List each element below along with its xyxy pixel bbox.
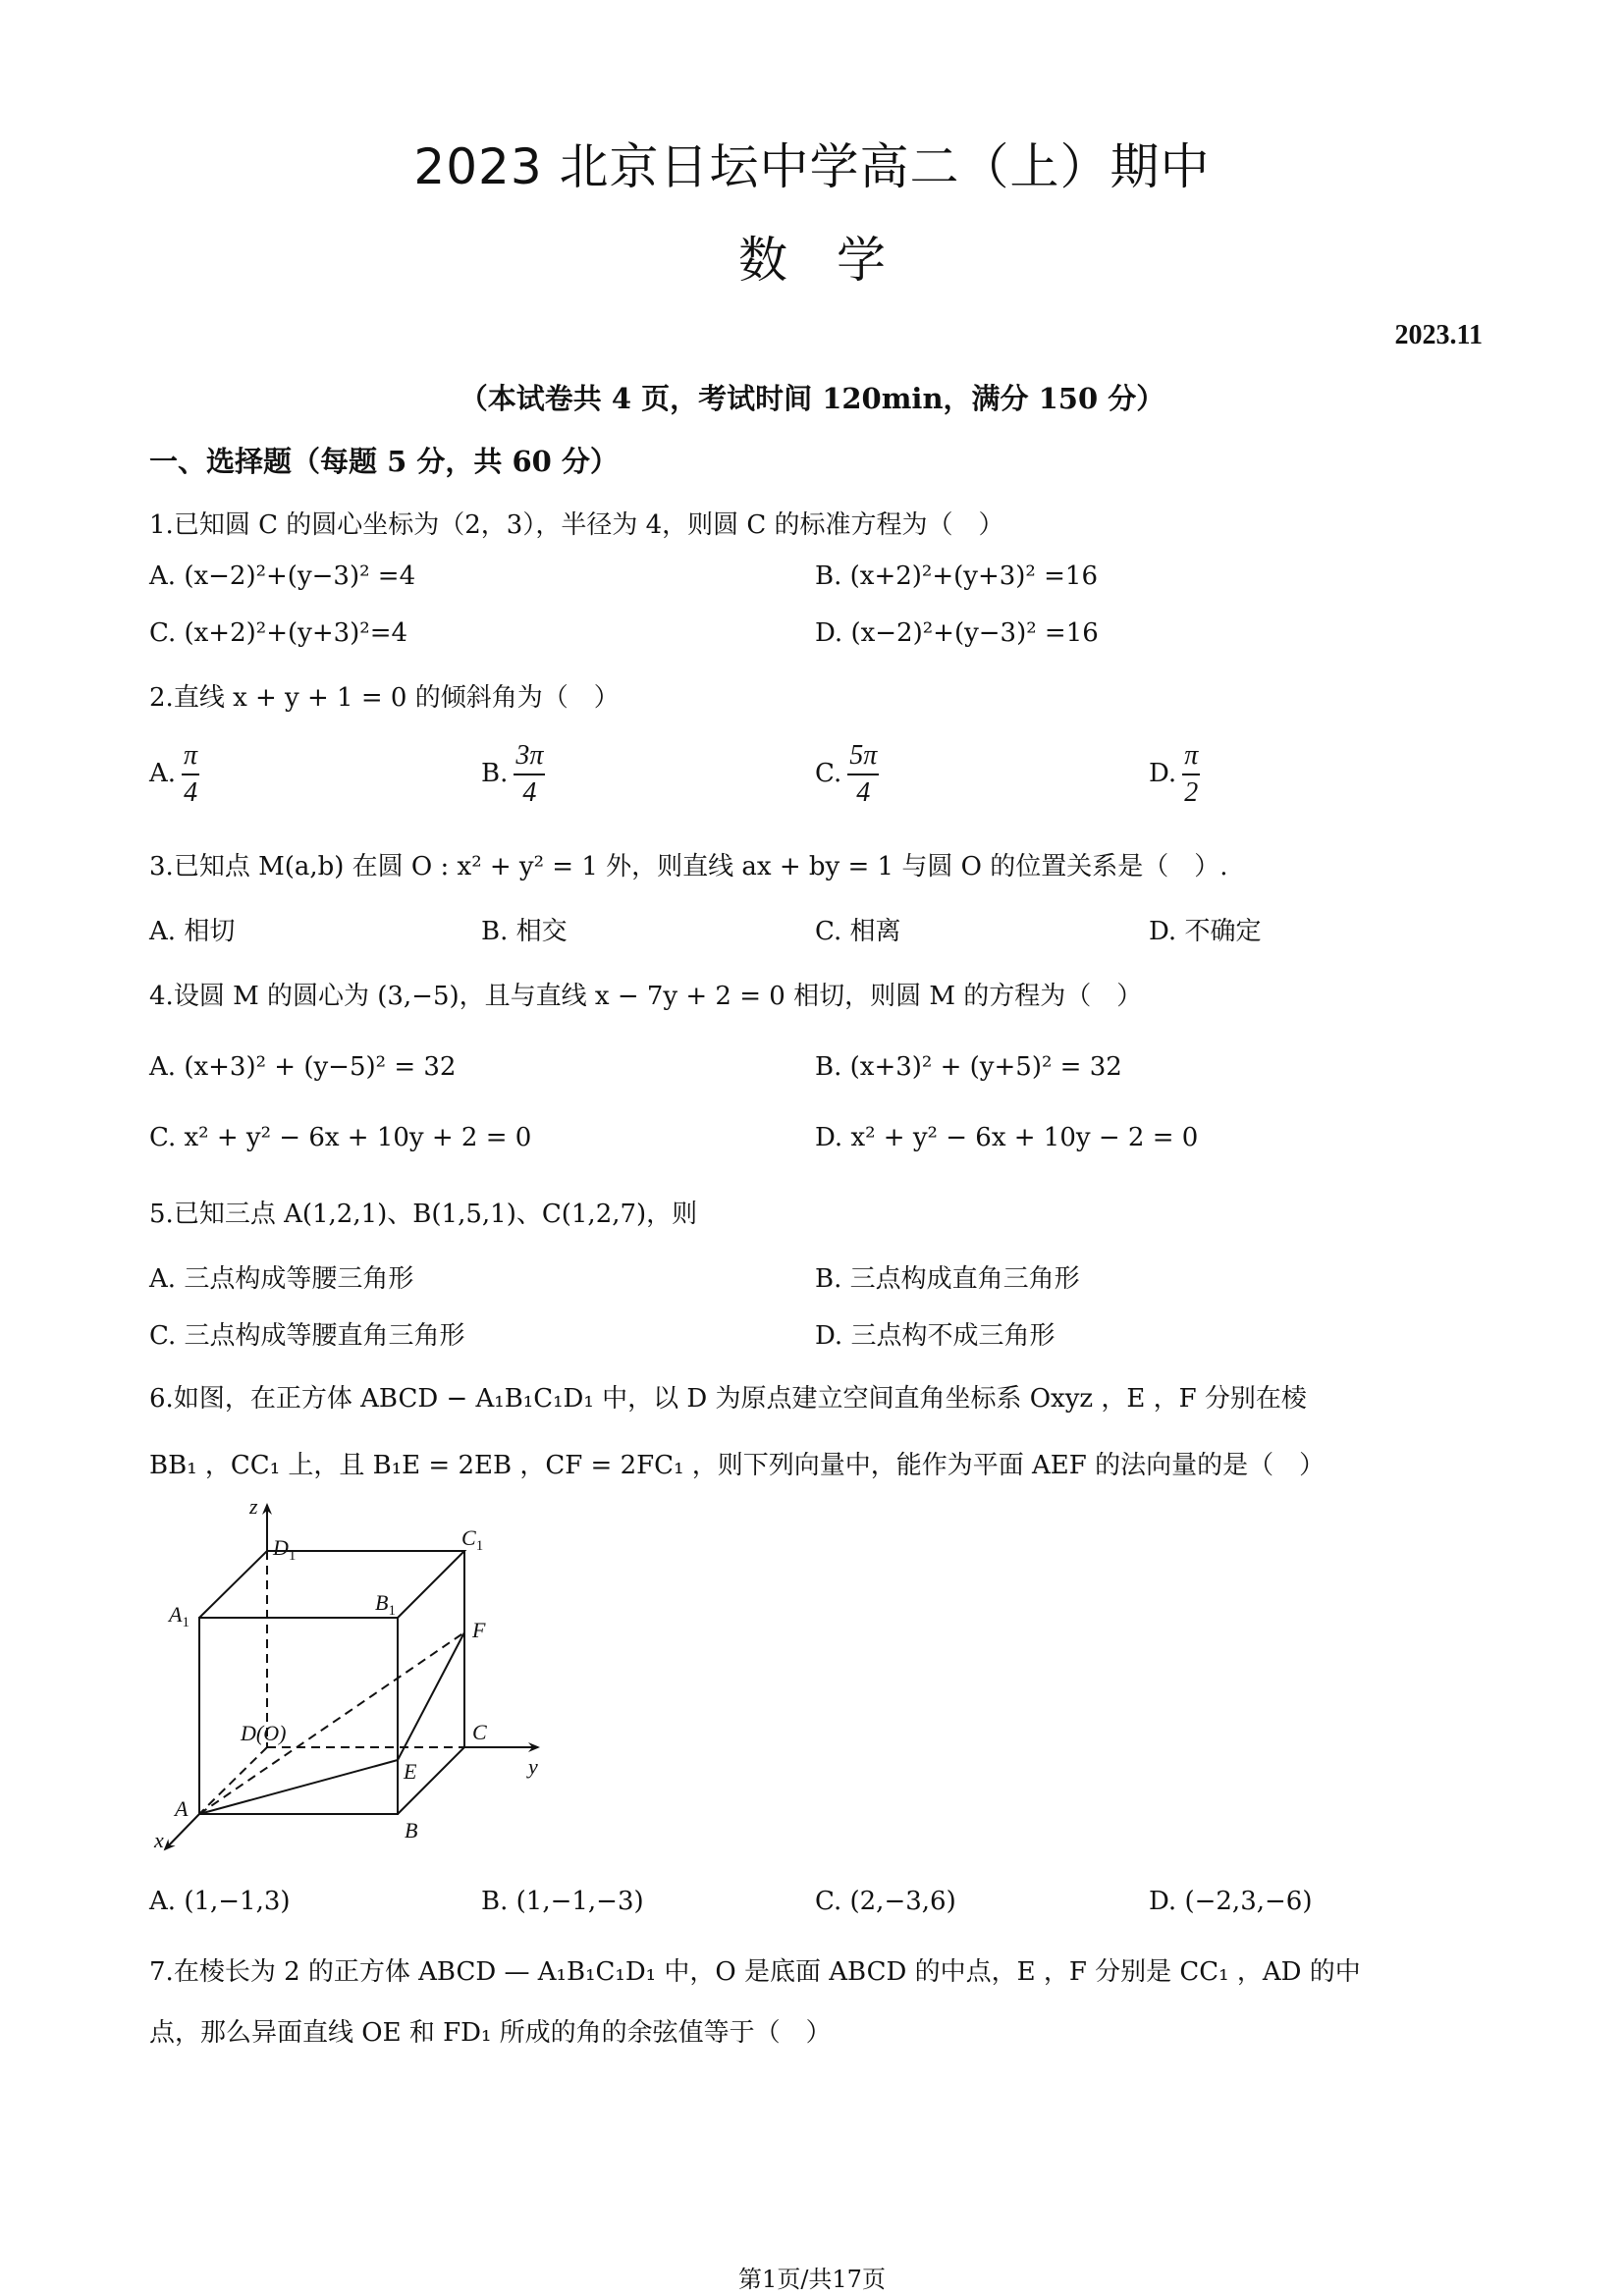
point-label-d1: D1 [272,1535,296,1564]
option-text: x² + y² − 6x + 10y + 2 = 0 [185,1123,532,1152]
option-a: A. (1,−1,3) [149,1887,291,1916]
point-label-c: C [472,1720,487,1744]
fraction: 3π4 [514,738,545,811]
option-label: D. [815,1321,842,1351]
option-d: D. 不确定 [1149,911,1261,947]
option-a: A. (x+3)² + (y−5)² = 32 [149,1052,456,1082]
option-label: D. [815,618,842,648]
option-c: C. 三点构成等腰直角三角形 [149,1315,465,1352]
option-label: C. [815,917,841,946]
question-number: 3. [149,852,174,881]
option-text: (x−2)²+(y−3)² =16 [850,618,1098,648]
option-label: D. [1149,917,1176,946]
option-text: 不确定 [1184,917,1261,946]
option-text: (1,−1,−3) [516,1887,644,1916]
question-7-line-1: 7.在棱长为 2 的正方体 ABCD — A₁B₁C₁D₁ 中，O 是底面 AB… [149,1951,1361,1988]
section-title: 一、选择题（每题 5 分，共 60 分） [149,440,619,480]
point-label-d-origin: D(O) [240,1721,286,1745]
point-label-a1: A1 [167,1602,189,1630]
question-5: 5.已知三点 A(1,2,1)、B(1,5,1)、C(1,2,7)，则 [149,1194,697,1230]
option-text: (x−2)²+(y−3)² =4 [184,561,415,591]
option-text: 三点构不成三角形 [850,1321,1055,1351]
option-label: C. [815,1887,841,1916]
point-label-b1: B1 [375,1590,396,1619]
question-number: 4. [149,982,174,1011]
point-label-a: A [173,1796,189,1821]
option-label: B. [481,917,508,946]
option-a: A.π4 [149,738,199,811]
point-label-b: B [405,1818,417,1842]
option-label: C. [815,759,841,788]
axis-label-y: y [526,1754,538,1779]
option-text: (x+3)² + (y−5)² = 32 [184,1052,456,1082]
denominator: 4 [184,775,197,811]
question-2: 2.直线 x + y + 1 = 0 的倾斜角为（ ） [149,677,620,714]
option-a: A. 相切 [149,911,235,947]
question-number: 2. [149,683,174,713]
denominator: 2 [1184,775,1198,811]
question-stem: 已知三点 A(1,2,1)、B(1,5,1)、C(1,2,7)，则 [174,1200,697,1229]
option-label: C. [149,1321,176,1351]
question-6-line-2: BB₁ ，CC₁ 上，且 B₁E = 2EB ，CF = 2FC₁ ，则下列向量… [149,1445,1325,1481]
option-c: C.5π4 [815,738,879,811]
option-label: D. [1149,759,1176,788]
option-a: A. 三点构成等腰三角形 [149,1258,413,1295]
option-b: B.3π4 [481,738,545,811]
option-label: A. [149,917,176,946]
axis-label-x: x [153,1828,164,1852]
option-c: C. 相离 [815,911,901,947]
subject-title: 数 学 [0,221,1624,292]
option-label: A. [149,561,176,591]
fraction: π4 [182,738,199,811]
option-c: C. (x+2)²+(y+3)²=4 [149,618,407,648]
option-d: D. 三点构不成三角形 [815,1315,1055,1352]
option-text: (x+2)²+(y+3)² =16 [850,561,1098,591]
numerator: π [182,738,199,775]
question-number: 6. [149,1384,174,1414]
exam-title: 2023 北京日坛中学高二（上）期中 [0,128,1624,198]
option-text: x² + y² − 6x + 10y − 2 = 0 [850,1123,1198,1152]
option-d: D.π2 [1149,738,1200,811]
option-label: B. [481,759,508,788]
exam-note: （本试卷共 4 页，考试时间 120min，满分 150 分） [0,377,1624,417]
option-text: 相切 [184,917,235,946]
option-label: A. [149,1264,176,1294]
question-number: 5. [149,1200,174,1229]
option-d: D. (−2,3,−6) [1149,1887,1312,1916]
option-label: A. [149,1052,176,1082]
denominator: 4 [522,775,536,811]
option-text: (2,−3,6) [850,1887,956,1916]
question-7-line-2: 点，那么异面直线 OE 和 FD₁ 所成的角的余弦值等于（ ） [149,2012,832,2049]
front-face [199,1618,398,1814]
option-c: C. x² + y² − 6x + 10y + 2 = 0 [149,1123,531,1152]
point-label-f: F [471,1618,486,1642]
option-label: A. [149,759,176,788]
option-label: B. [815,561,841,591]
question-stem: 设圆 M 的圆心为 (3,−5)，且与直线 x − 7y + 2 = 0 相切，… [174,982,1142,1011]
option-b: B. (x+2)²+(y+3)² =16 [815,561,1098,591]
option-text: 三点构成直角三角形 [850,1264,1080,1294]
option-d: D. (x−2)²+(y−3)² =16 [815,618,1099,648]
option-label: C. [149,618,176,648]
fraction: π2 [1182,738,1200,811]
point-label-e: E [403,1759,417,1784]
question-stem: 在棱长为 2 的正方体 ABCD — A₁B₁C₁D₁ 中，O 是底面 ABCD… [174,1957,1361,1987]
denominator: 4 [856,775,870,811]
cube-figure: z D1 C1 A1 B1 F D(O) C E y A B x [137,1492,609,1865]
option-text: (x+2)²+(y+3)²=4 [185,618,408,648]
question-stem: 直线 x + y + 1 = 0 的倾斜角为（ ） [174,683,620,713]
question-6-line-1: 6.如图，在正方体 ABCD − A₁B₁C₁D₁ 中，以 D 为原点建立空间直… [149,1378,1307,1415]
question-4: 4.设圆 M 的圆心为 (3,−5)，且与直线 x − 7y + 2 = 0 相… [149,976,1142,1012]
option-b: B. (x+3)² + (y+5)² = 32 [815,1052,1122,1082]
option-label: B. [815,1052,841,1082]
question-3: 3.已知点 M(a,b) 在圆 O : x² + y² = 1 外，则直线 ax… [149,846,1227,882]
option-text: 相交 [516,917,568,946]
option-text: (−2,3,−6) [1184,1887,1312,1916]
option-b: B. (1,−1,−3) [481,1887,644,1916]
option-label: C. [149,1123,176,1152]
exam-date: 2023.11 [1395,320,1483,351]
point-label-c1: C1 [461,1525,483,1554]
option-text: 三点构成等腰三角形 [184,1264,413,1294]
option-label: D. [815,1123,842,1152]
fraction: 5π4 [847,738,879,811]
option-label: B. [481,1887,508,1916]
question-stem: 如图，在正方体 ABCD − A₁B₁C₁D₁ 中，以 D 为原点建立空间直角坐… [174,1384,1307,1414]
option-c: C. (2,−3,6) [815,1887,956,1916]
question-1: 1.已知圆 C 的圆心坐标为（2，3），半径为 4，则圆 C 的标准方程为（ ） [149,505,1004,541]
option-b: B. 三点构成直角三角形 [815,1258,1080,1295]
axis-label-z: z [248,1494,258,1519]
option-label: A. [149,1887,176,1916]
option-d: D. x² + y² − 6x + 10y − 2 = 0 [815,1123,1198,1152]
page-footer: 第1页/共17页 [0,2260,1624,2294]
option-a: A. (x−2)²+(y−3)² =4 [149,561,415,591]
option-text: (1,−1,3) [184,1887,290,1916]
option-b: B. 相交 [481,911,568,947]
option-text: (x+3)² + (y+5)² = 32 [850,1052,1122,1082]
option-label: B. [815,1264,841,1294]
question-stem: 已知点 M(a,b) 在圆 O : x² + y² = 1 外，则直线 ax +… [174,852,1228,881]
question-number: 7. [149,1957,174,1987]
option-text: 相离 [850,917,901,946]
numerator: π [1182,738,1200,775]
question-stem: 已知圆 C 的圆心坐标为（2，3），半径为 4，则圆 C 的标准方程为（ ） [174,510,1004,540]
question-number: 1. [149,510,174,540]
numerator: 5π [847,738,879,775]
numerator: 3π [514,738,545,775]
option-text: 三点构成等腰直角三角形 [185,1321,465,1351]
option-label: D. [1149,1887,1176,1916]
